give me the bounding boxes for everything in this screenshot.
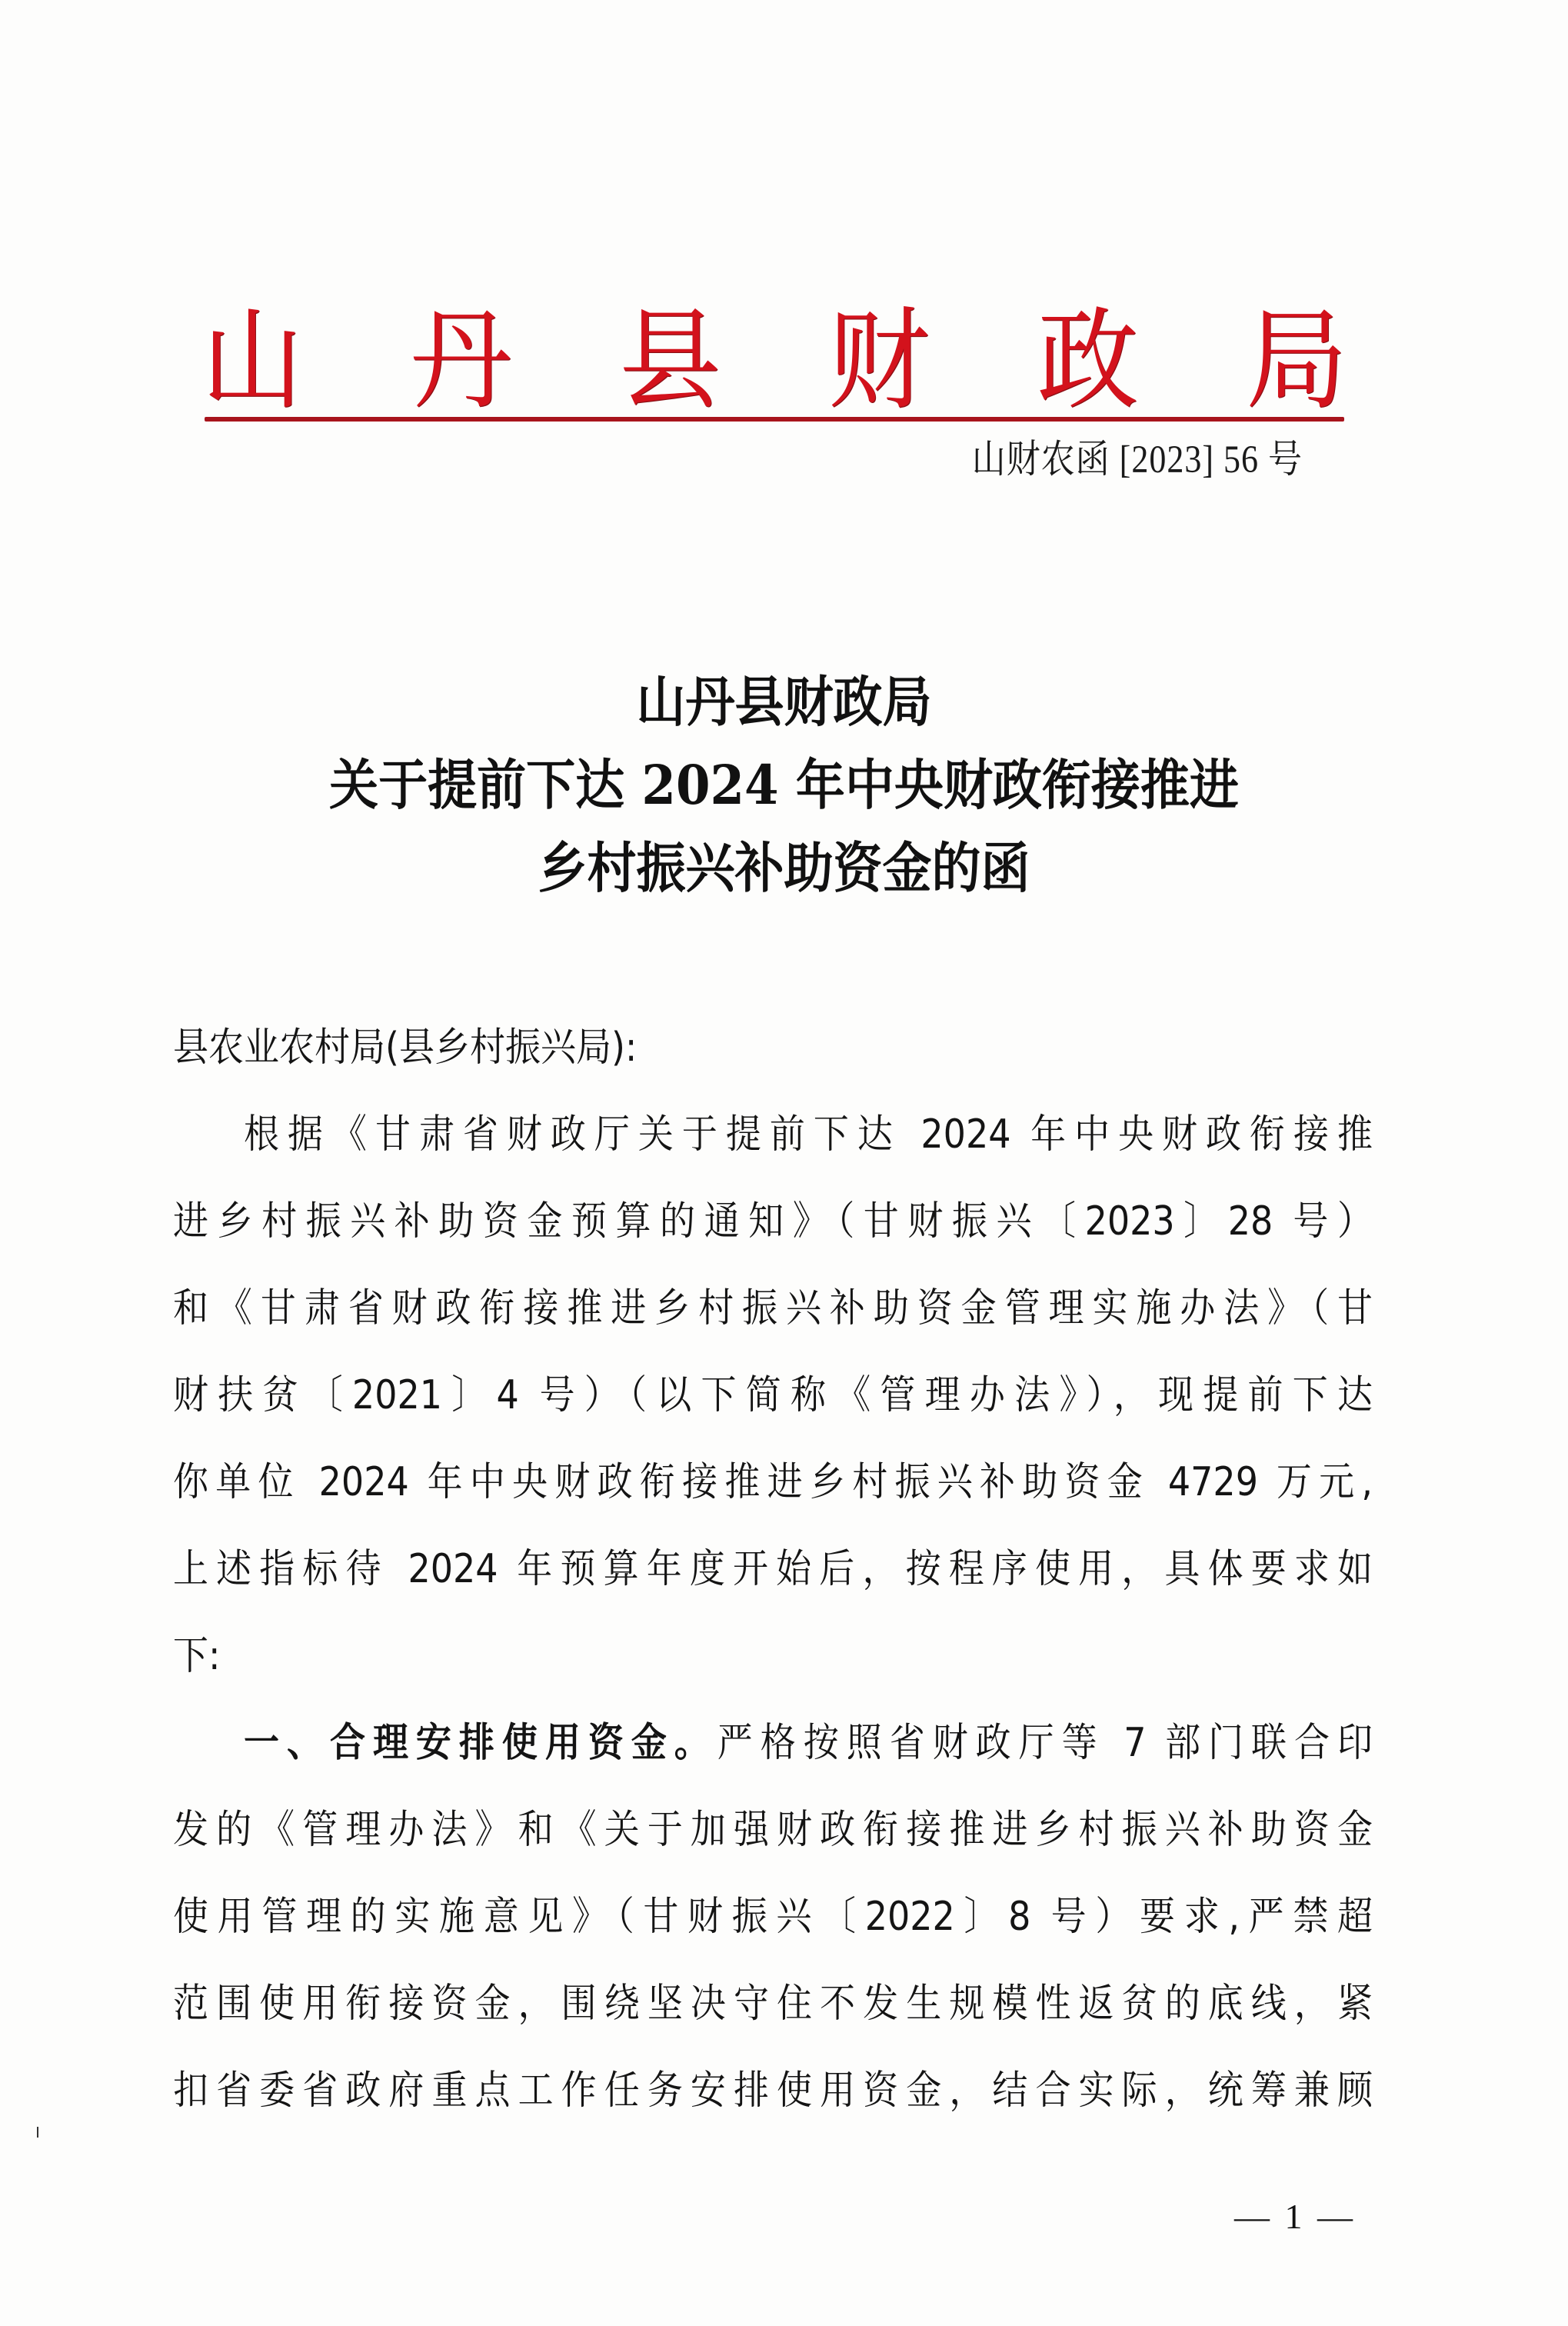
masthead-red-header: 山 丹 县 财 政 局: [201, 296, 1347, 412]
masthead-char: 丹: [411, 306, 512, 416]
paragraph-2-first-line-text: 严格按照省财政厅等 7 部门联合印: [717, 1719, 1373, 1765]
masthead-char: 局: [1246, 306, 1347, 416]
document-number: 山财农函 [2023] 56 号: [972, 427, 1303, 484]
red-divider-line: [205, 417, 1344, 422]
paragraph-2-line: 发的《管理办法》和《关于加强财政衔接推进乡村振兴补助资金: [173, 1781, 1373, 1878]
section-heading-1: 一、合理安排使用资金。: [244, 1719, 717, 1765]
paragraph-2-line: 扣省委省政府重点工作任务安排使用资金，结合实际，统筹兼顾: [173, 2041, 1373, 2139]
paragraph-1-line: 你单位 2024 年中央财政衔接推进乡村振兴补助资金 4729 万元,: [173, 1433, 1373, 1531]
paragraph-1-line: 下:: [173, 1607, 1373, 1705]
paragraph-2-line: 范围使用衔接资金，围绕坚决守住不发生规模性返贫的底线，紧: [173, 1954, 1373, 2052]
scan-margin-mark: [37, 2127, 38, 2138]
masthead-char: 政: [1037, 306, 1138, 416]
paragraph-1-line: 和《甘肃省财政衔接推进乡村振兴补助资金管理实施办法》（甘: [173, 1259, 1373, 1357]
page-number: — 1 —: [1234, 2196, 1356, 2237]
document-page: 山 丹 县 财 政 局 山财农函 [2023] 56 号 山丹县财政局 关于提前…: [0, 0, 1568, 2326]
title-line-3: 乡村振兴补助资金的函: [0, 824, 1568, 915]
title-line-2: 关于提前下达 2024 年中央财政衔接推进: [0, 741, 1568, 832]
paragraph-1-line: 根据《甘肃省财政厅关于提前下达 2024 年中央财政衔接推: [173, 1085, 1373, 1183]
masthead-char: 山: [201, 306, 303, 416]
title-line-1: 山丹县财政局: [0, 658, 1568, 749]
document-body: 县农业农村局(县乡村振兴局): 根据《甘肃省财政厅关于提前下达 2024 年中央…: [173, 1004, 1373, 2134]
paragraph-1-line: 财扶贫〔2021〕4 号）（以下简称《管理办法》），现提前下达: [173, 1346, 1373, 1444]
masthead-char: 县: [619, 306, 721, 416]
paragraph-1-line: 进乡村振兴补助资金预算的通知》（甘财振兴〔2023〕28 号）: [173, 1172, 1373, 1270]
masthead-char: 财: [828, 306, 930, 416]
salutation: 县农业农村局(县乡村振兴局):: [173, 998, 1373, 1096]
paragraph-2-first-line: 一、合理安排使用资金。严格按照省财政厅等 7 部门联合印: [173, 1694, 1373, 1791]
paragraph-1-line: 上述指标待 2024 年预算年度开始后，按程序使用，具体要求如: [173, 1520, 1373, 1618]
document-title: 山丹县财政局 关于提前下达 2024 年中央财政衔接推进 乡村振兴补助资金的函: [0, 661, 1568, 911]
paragraph-2-line: 使用管理的实施意见》（甘财振兴〔2022〕8 号）要求,严禁超: [173, 1868, 1373, 1965]
